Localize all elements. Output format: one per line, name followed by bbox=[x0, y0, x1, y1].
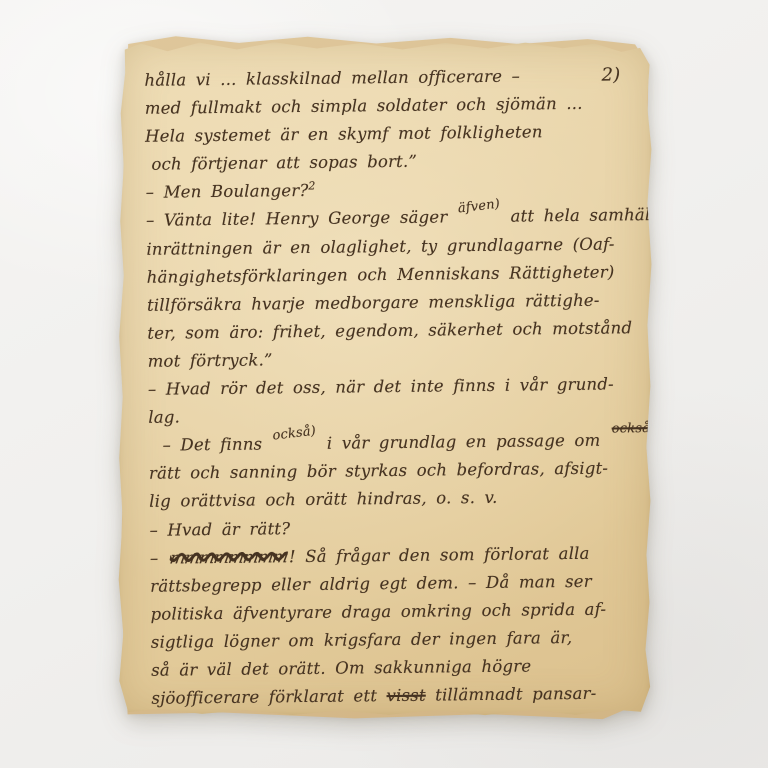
handwritten-line: – Hvad rör det oss, när det inte finns i… bbox=[148, 370, 634, 404]
line-text: Hela systemet är en skymf mot folklighet… bbox=[145, 122, 543, 146]
handwritten-line: ter, som äro: frihet, egendom, säkerhet … bbox=[147, 314, 633, 348]
line-text: – Vänta lite! Henry George säger bbox=[146, 208, 448, 230]
handwritten-text-block: hålla vi ... klasskilnad mellan officera… bbox=[144, 61, 637, 713]
line-text: hålla vi ... klasskilnad mellan officera… bbox=[144, 63, 520, 95]
line-text: inrättningen är en olaglighet, ty grundl… bbox=[146, 234, 614, 258]
line-text: lag. bbox=[148, 408, 180, 427]
line-text: – Hvad är rätt? bbox=[149, 519, 290, 540]
illegible-struck-word: mmmmmmmm bbox=[167, 543, 289, 572]
line-text: ! Så frågar den som förlorat alla bbox=[289, 543, 590, 565]
line-text: sigtliga lögner om krigsfara der ingen f… bbox=[151, 628, 573, 652]
line-text: – bbox=[150, 548, 159, 567]
line-text: och förtjenar att sopas bort.” bbox=[151, 152, 417, 174]
line-text: rätt och sanning bör styrkas och befordr… bbox=[149, 459, 608, 483]
line-text: rättsbegrepp eller aldrig egt dem. – Då … bbox=[150, 571, 592, 595]
line-text: så är väl det orätt. Om sakkunniga högre bbox=[151, 656, 531, 679]
handwritten-line: sjöofficerare förklarat ett visst tilläm… bbox=[151, 679, 637, 713]
line-text: tillämnadt pansar- bbox=[435, 684, 596, 705]
handwritten-line: sigtliga lögner om krigsfara der ingen f… bbox=[151, 623, 637, 657]
line-text: – Men Boulanger? bbox=[146, 181, 309, 202]
line-text: ter, som äro: frihet, egendom, säkerhet … bbox=[147, 318, 632, 342]
line-text: i vår grundlag en passage om bbox=[327, 431, 601, 453]
line-text: med fullmakt och simpla soldater och sjö… bbox=[145, 94, 583, 118]
manuscript-page: hålla vi ... klasskilnad mellan officera… bbox=[117, 39, 654, 717]
line-text: tillförsäkra hvarje medborgare menskliga… bbox=[147, 290, 600, 314]
inserted-word-above-line: äfven) bbox=[458, 205, 500, 210]
manuscript-sheet: hålla vi ... klasskilnad mellan officera… bbox=[118, 40, 652, 716]
line-text: politiska äfventyrare draga omkring och … bbox=[150, 599, 606, 623]
line-text: mot förtryck.” bbox=[148, 350, 273, 370]
photograph-of-manuscript: { "scene": { "background_color": "#f1f0e… bbox=[0, 0, 768, 768]
line-text: att hela samhälls- bbox=[510, 205, 670, 226]
handwritten-line: med fullmakt och simpla soldater och sjö… bbox=[145, 89, 631, 123]
line-text: lig orättvisa och orätt hindras, o. s. v… bbox=[149, 488, 498, 511]
line-text: – Det finns bbox=[162, 435, 262, 455]
inserted-word-above-line: också) bbox=[273, 432, 316, 437]
line-text: – Hvad rör det oss, när det inte finns i… bbox=[148, 375, 614, 399]
superscript-note-mark: 2 bbox=[308, 180, 315, 193]
line-text: hängighetsförklaringen och Menniskans Rä… bbox=[147, 262, 615, 286]
struck-word: visst bbox=[386, 686, 425, 705]
line-text: sjöofficerare förklarat ett bbox=[151, 686, 377, 708]
page-number: 2) bbox=[601, 61, 620, 89]
